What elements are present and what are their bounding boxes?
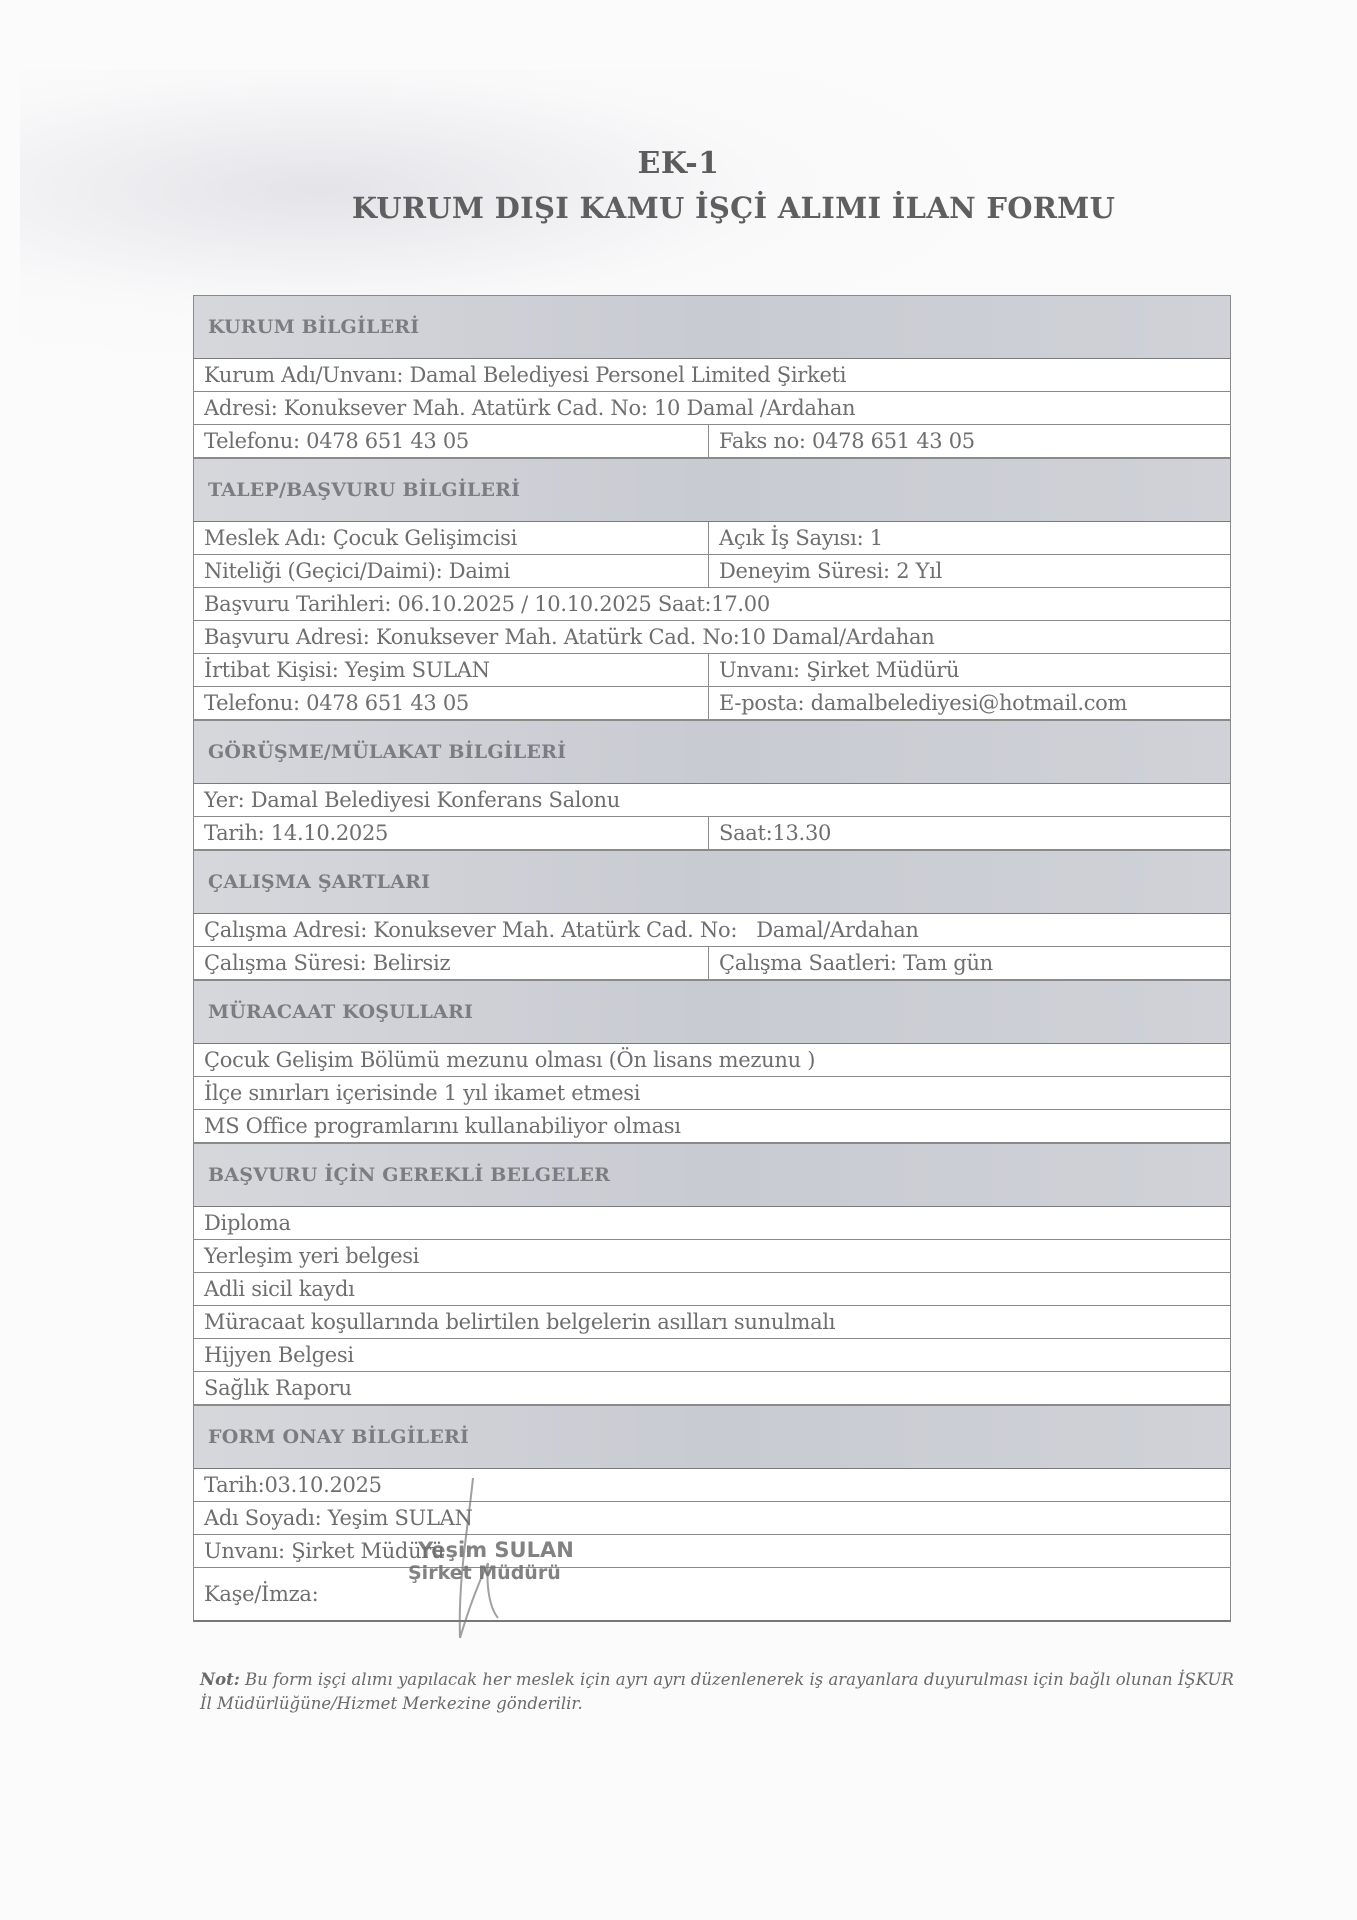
meslek-field: Meslek Adı: Çocuk Gelişimcisi xyxy=(194,522,709,554)
eposta-field: E-posta: damalbelediyesi@hotmail.com xyxy=(709,687,1230,719)
form-row: Başvuru Tarihleri: 06.10.2025 / 10.10.20… xyxy=(194,588,1230,621)
form-row: Kaşe/İmza: xyxy=(194,1568,1230,1620)
calisma-adresi-field: Çalışma Adresi: Konuksever Mah. Atatürk … xyxy=(194,914,1230,946)
niteligi-field: Niteliği (Geçici/Daimi): Daimi xyxy=(194,555,709,587)
section-header-talep: TALEP/BAŞVURU BİLGİLERİ xyxy=(194,458,1230,522)
note-text: Bu form işçi alımı yapılacak her meslek … xyxy=(200,1670,1234,1713)
form-row: Unvanı: Şirket Müdürü xyxy=(194,1535,1230,1568)
calisma-saatleri-field: Çalışma Saatleri: Tam gün xyxy=(709,947,1230,979)
onay-adi-soyadi-field: Adı Soyadı: Yeşim SULAN xyxy=(194,1502,1230,1534)
acik-is-field: Açık İş Sayısı: 1 xyxy=(709,522,1230,554)
section-header-belgeler: BAŞVURU İÇİN GEREKLİ BELGELER xyxy=(194,1143,1230,1207)
section-header-calisma: ÇALIŞMA ŞARTLARI xyxy=(194,850,1230,914)
gorusme-tarih-field: Tarih: 14.10.2025 xyxy=(194,817,709,849)
list-item: Sağlık Raporu xyxy=(194,1372,1230,1405)
kurum-adi-field: Kurum Adı/Unvanı: Damal Belediyesi Perso… xyxy=(194,359,1230,391)
basvuru-tarihleri-field: Başvuru Tarihleri: 06.10.2025 / 10.10.20… xyxy=(194,588,1230,620)
list-item: Müracaat koşullarında belirtilen belgele… xyxy=(194,1306,1230,1339)
calisma-suresi-field: Çalışma Süresi: Belirsiz xyxy=(194,947,709,979)
list-item: MS Office programlarını kullanabiliyor o… xyxy=(194,1110,1230,1143)
deneyim-field: Deneyim Süresi: 2 Yıl xyxy=(709,555,1230,587)
form-row: Niteliği (Geçici/Daimi): Daimi Deneyim S… xyxy=(194,555,1230,588)
document-item: Sağlık Raporu xyxy=(194,1372,1230,1404)
form-row: Tarih: 14.10.2025 Saat:13.30 xyxy=(194,817,1230,850)
gorusme-yer-field: Yer: Damal Belediyesi Konferans Salonu xyxy=(194,784,1230,816)
form-row: Adresi: Konuksever Mah. Atatürk Cad. No:… xyxy=(194,392,1230,425)
document-item: Müracaat koşullarında belirtilen belgele… xyxy=(194,1306,1230,1338)
kase-imza-field: Kaşe/İmza: xyxy=(194,1568,1230,1620)
document-item: Hijyen Belgesi xyxy=(194,1339,1230,1371)
form-row: İrtibat Kişisi: Yeşim SULAN Unvanı: Şirk… xyxy=(194,654,1230,687)
list-item: Yerleşim yeri belgesi xyxy=(194,1240,1230,1273)
list-item: Hijyen Belgesi xyxy=(194,1339,1230,1372)
condition-item: İlçe sınırları içerisinde 1 yıl ikamet e… xyxy=(194,1077,1230,1109)
condition-item: Çocuk Gelişim Bölümü mezunu olması (Ön l… xyxy=(194,1044,1230,1076)
form-title: KURUM DIŞI KAMU İŞÇİ ALIMI İLAN FORMU xyxy=(0,186,1357,230)
form-row: Telefonu: 0478 651 43 05 E-posta: damalb… xyxy=(194,687,1230,720)
annex-label: EK-1 xyxy=(0,142,1357,186)
kurum-telefon-field: Telefonu: 0478 651 43 05 xyxy=(194,425,709,457)
form-row: Başvuru Adresi: Konuksever Mah. Atatürk … xyxy=(194,621,1230,654)
document-item: Adli sicil kaydı xyxy=(194,1273,1230,1305)
form-row: Kurum Adı/Unvanı: Damal Belediyesi Perso… xyxy=(194,359,1230,392)
form-row: Adı Soyadı: Yeşim SULAN xyxy=(194,1502,1230,1535)
kurum-adres-field: Adresi: Konuksever Mah. Atatürk Cad. No:… xyxy=(194,392,1230,424)
section-header-kurum: KURUM BİLGİLERİ xyxy=(194,295,1230,359)
document-item: Yerleşim yeri belgesi xyxy=(194,1240,1230,1272)
list-item: Adli sicil kaydı xyxy=(194,1273,1230,1306)
basvuru-adresi-field: Başvuru Adresi: Konuksever Mah. Atatürk … xyxy=(194,621,1230,653)
talep-telefon-field: Telefonu: 0478 651 43 05 xyxy=(194,687,709,719)
form-row: Çalışma Süresi: Belirsiz Çalışma Saatler… xyxy=(194,947,1230,980)
form-row: Yer: Damal Belediyesi Konferans Salonu xyxy=(194,784,1230,817)
section-header-onay: FORM ONAY BİLGİLERİ xyxy=(194,1405,1230,1469)
form-row: Telefonu: 0478 651 43 05 Faks no: 0478 6… xyxy=(194,425,1230,458)
document-item: Diploma xyxy=(194,1207,1230,1239)
onay-unvan-field: Unvanı: Şirket Müdürü xyxy=(194,1535,1230,1567)
form-row: Çalışma Adresi: Konuksever Mah. Atatürk … xyxy=(194,914,1230,947)
announcement-form-table: KURUM BİLGİLERİ Kurum Adı/Unvanı: Damal … xyxy=(193,295,1231,1622)
irtibat-unvan-field: Unvanı: Şirket Müdürü xyxy=(709,654,1230,686)
list-item: İlçe sınırları içerisinde 1 yıl ikamet e… xyxy=(194,1077,1230,1110)
form-row: Tarih:03.10.2025 xyxy=(194,1469,1230,1502)
form-row: Meslek Adı: Çocuk Gelişimcisi Açık İş Sa… xyxy=(194,522,1230,555)
section-header-gorusme: GÖRÜŞME/MÜLAKAT BİLGİLERİ xyxy=(194,720,1230,784)
note-label: Not: xyxy=(200,1670,240,1689)
gorusme-saat-field: Saat:13.30 xyxy=(709,817,1230,849)
irtibat-field: İrtibat Kişisi: Yeşim SULAN xyxy=(194,654,709,686)
onay-tarih-field: Tarih:03.10.2025 xyxy=(194,1469,1230,1501)
section-header-muracaat: MÜRACAAT KOŞULLARI xyxy=(194,980,1230,1044)
list-item: Diploma xyxy=(194,1207,1230,1240)
list-item: Çocuk Gelişim Bölümü mezunu olması (Ön l… xyxy=(194,1044,1230,1077)
document-header: EK-1 KURUM DIŞI KAMU İŞÇİ ALIMI İLAN FOR… xyxy=(0,142,1357,230)
footnote: Not: Bu form işçi alımı yapılacak her me… xyxy=(200,1668,1250,1716)
condition-item: MS Office programlarını kullanabiliyor o… xyxy=(194,1110,1230,1142)
kurum-faks-field: Faks no: 0478 651 43 05 xyxy=(709,425,1230,457)
